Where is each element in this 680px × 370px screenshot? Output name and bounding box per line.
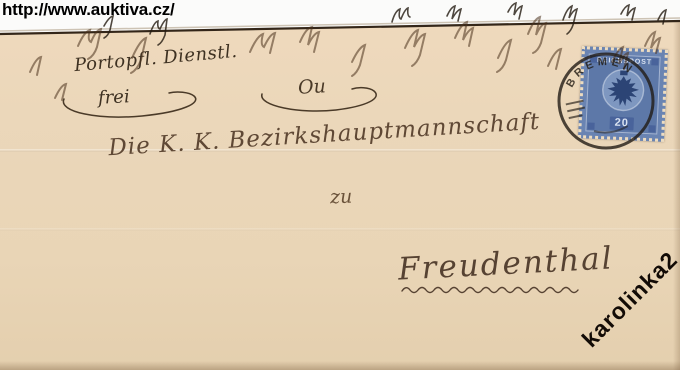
stamp-ornament (648, 125, 655, 132)
service-note-line2: frei (97, 86, 130, 109)
envelope-scan: http://www.auktiva.cz/ REICHSPOST 20 (0, 0, 680, 370)
horizontal-crease (0, 228, 680, 231)
right-edge-shadow (673, 0, 680, 370)
stamp-ornament (651, 58, 658, 65)
stamp-frame: REICHSPOST 20 (585, 53, 660, 134)
source-url-watermark: http://www.auktiva.cz/ (2, 1, 175, 20)
imperial-eagle-icon (592, 64, 654, 119)
circled-note: Ou (297, 75, 326, 98)
horizontal-crease (0, 149, 680, 152)
address-line2: zu (330, 186, 353, 209)
stamp-ornament (587, 122, 594, 129)
stamp-value: 20 (609, 116, 634, 130)
postage-stamp: REICHSPOST 20 (578, 46, 668, 142)
stamp-ornament (590, 56, 597, 63)
